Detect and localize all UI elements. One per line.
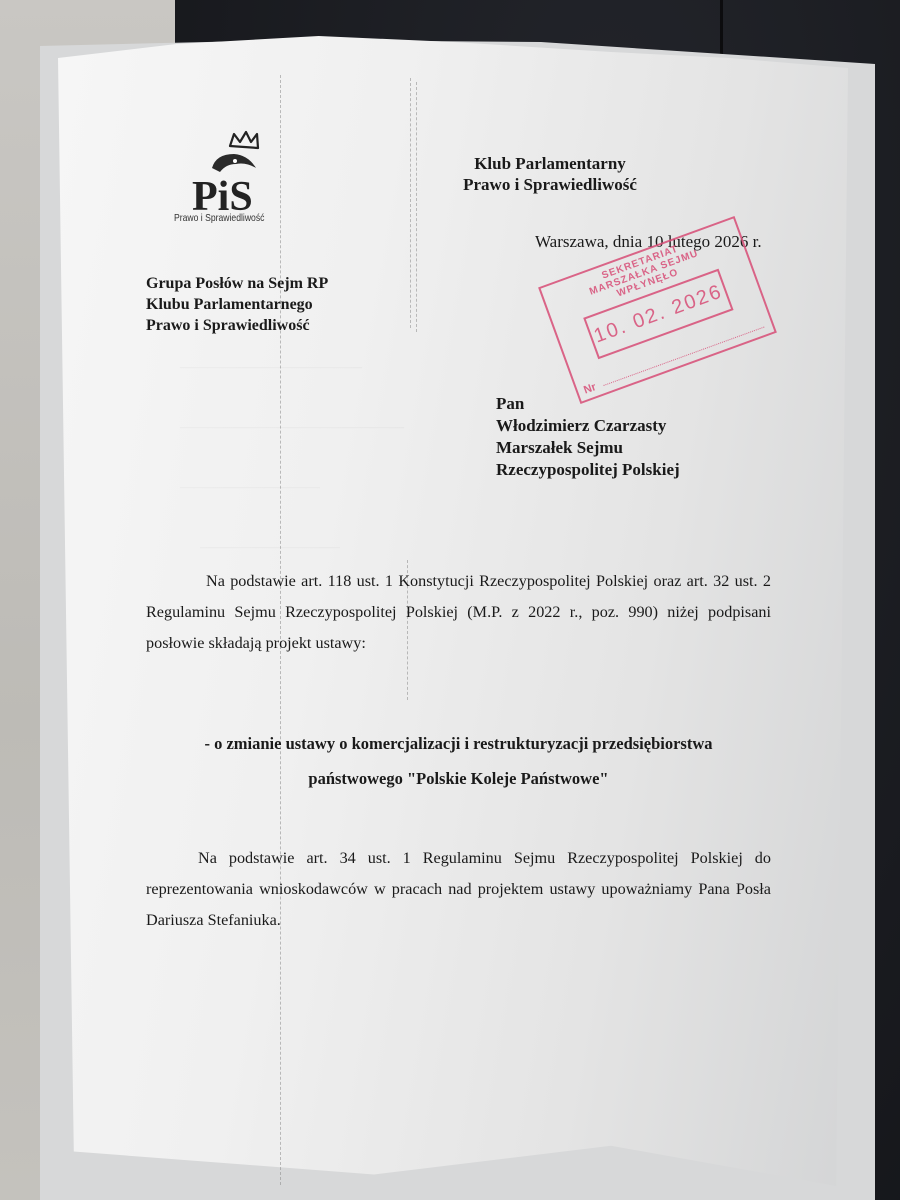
- sender-block: Grupa Posłów na Sejm RP Klubu Parlamenta…: [146, 273, 328, 336]
- club-header: Klub Parlamentarny Prawo i Sprawiedliwoś…: [440, 153, 660, 195]
- bleed-through: ——————————: [200, 540, 340, 556]
- addressee-line1: Pan: [496, 393, 680, 415]
- bleed-through: ————————————————: [180, 420, 404, 436]
- bill-title-line1: - o zmianie ustawy o komercjalizacji i r…: [146, 726, 771, 761]
- bill-title: - o zmianie ustawy o komercjalizacji i r…: [146, 726, 771, 796]
- sender-line3: Prawo i Sprawiedliwość: [146, 315, 328, 336]
- paragraph-legal-basis-text: Na podstawie art. 118 ust. 1 Konstytucji…: [146, 572, 771, 652]
- paragraph-representative: Na podstawie art. 34 ust. 1 Regulaminu S…: [146, 843, 771, 936]
- addressee-line2: Włodzimierz Czarzasty: [496, 415, 680, 437]
- bleed-through: —————————————: [180, 360, 362, 376]
- sender-line1: Grupa Posłów na Sejm RP: [146, 273, 328, 294]
- addressee-block: Pan Włodzimierz Czarzasty Marszałek Sejm…: [496, 393, 680, 481]
- logo-tagline: Prawo i Sprawiedliwość: [174, 212, 264, 224]
- bill-title-line2: państwowego "Polskie Koleje Państwowe": [146, 761, 771, 796]
- club-header-line1: Klub Parlamentarny: [440, 153, 660, 174]
- fold-line: [410, 78, 411, 328]
- addressee-line4: Rzeczypospolitej Polskiej: [496, 459, 680, 481]
- paragraph-representative-text: Na podstawie art. 34 ust. 1 Regulaminu S…: [146, 849, 771, 929]
- fold-line: [416, 82, 417, 332]
- addressee-line3: Marszałek Sejmu: [496, 437, 680, 459]
- club-header-line2: Prawo i Sprawiedliwość: [440, 174, 660, 195]
- sender-line2: Klubu Parlamentarnego: [146, 294, 328, 315]
- paragraph-legal-basis: Na podstawie art. 118 ust. 1 Konstytucji…: [146, 566, 771, 659]
- bleed-through: ——————————: [180, 480, 320, 496]
